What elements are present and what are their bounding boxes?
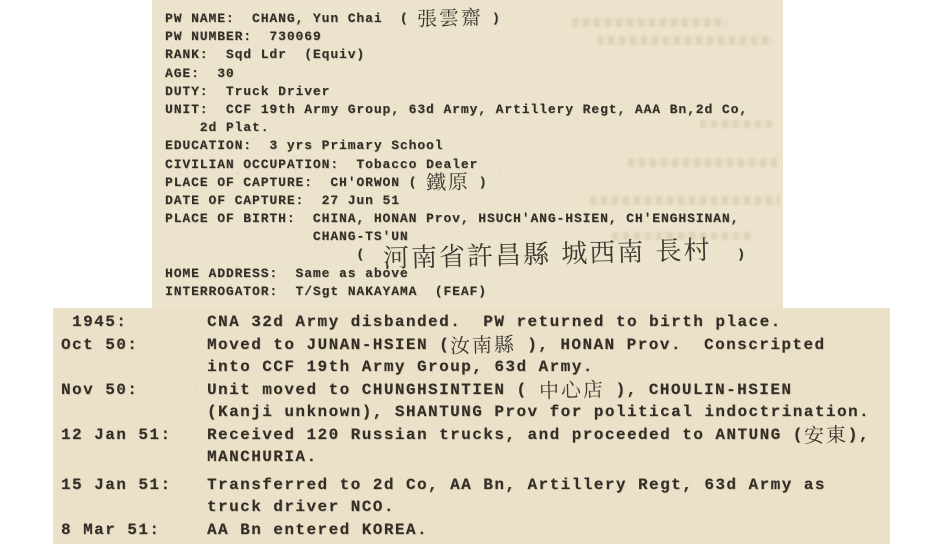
handwritten-hanzi: 張雲齋: [417, 17, 483, 19]
document-line: PLACE OF BIRTH: CHINA, HONAN Prov, HSUCH…: [165, 210, 783, 228]
typed-text: PW NAME: CHANG, Yun Chai (: [165, 11, 417, 26]
bleedthrough-smudge: [628, 158, 778, 167]
typed-text: AA Bn entered KOREA.: [207, 521, 428, 539]
typed-text: EDUCATION: 3 yrs Primary School: [165, 138, 443, 153]
document-line: 2d Plat.: [165, 119, 783, 137]
typed-text: MANCHURIA.: [207, 448, 318, 466]
handwritten-hanzi: 中心店: [539, 389, 605, 391]
typed-text: ): [470, 175, 487, 190]
timeline-text: Moved to JUNAN-HSIEN (汝南縣 ), HONAN Prov.…: [207, 334, 890, 379]
document-line: AGE: 30: [165, 65, 783, 83]
typed-text: Received 120 Russian trucks, and proceed…: [207, 426, 804, 444]
document-line: truck driver NCO.: [207, 496, 890, 519]
timeline-text: AA Bn entered KOREA.: [207, 519, 890, 542]
timeline-text: CNA 32d Army disbanded. PW returned to b…: [207, 311, 890, 334]
timeline-entry: Oct 50:Moved to JUNAN-HSIEN (汝南縣 ), HONA…: [61, 334, 890, 379]
typed-text: into CCF 19th Army Group, 63d Army.: [207, 358, 594, 376]
document-line: into CCF 19th Army Group, 63d Army.: [207, 356, 890, 379]
timeline-rows: 1945:CNA 32d Army disbanded. PW returned…: [61, 311, 890, 541]
typed-text: UNIT: CCF 19th Army Group, 63d Army, Art…: [165, 102, 748, 117]
timeline-date: Nov 50:: [61, 379, 207, 402]
typed-text: CIVILIAN OCCUPATION: Tobacco Dealer: [165, 157, 478, 172]
typed-text: PLACE OF BIRTH: CHINA, HONAN Prov, HSUCH…: [165, 211, 739, 226]
bleedthrough-smudge: [597, 36, 772, 45]
typed-text: PW NUMBER: 730069: [165, 29, 322, 44]
timeline-entry: 1945:CNA 32d Army disbanded. PW returned…: [61, 311, 890, 334]
typed-text: Moved to JUNAN-HSIEN (: [207, 336, 450, 354]
handwritten-hanzi: 安東: [804, 434, 848, 435]
document-line: Moved to JUNAN-HSIEN (汝南縣 ), HONAN Prov.…: [207, 334, 890, 357]
document-line: MANCHURIA.: [207, 446, 890, 469]
typed-text: DUTY: Truck Driver: [165, 84, 330, 99]
timeline-date: 15 Jan 51:: [61, 474, 207, 497]
top-document-fragment: PW NAME: CHANG, Yun Chai ( 張雲齋 )PW NUMBE…: [152, 0, 783, 308]
timeline-entry: 8 Mar 51:AA Bn entered KOREA.: [61, 519, 890, 542]
timeline-text: Received 120 Russian trucks, and proceed…: [207, 424, 890, 469]
timeline-date: 8 Mar 51:: [61, 519, 207, 542]
typed-text: Unit moved to CHUNGHSINTIEN (: [207, 381, 539, 399]
document-line: ( 河南省許昌縣 城西南 長村 ): [165, 246, 783, 264]
typed-text: Transferred to 2d Co, AA Bn, Artillery R…: [207, 476, 826, 494]
timeline-date: 1945:: [61, 311, 207, 334]
document-line: UNIT: CCF 19th Army Group, 63d Army, Art…: [165, 101, 783, 119]
timeline-date: Oct 50:: [61, 334, 207, 357]
bleedthrough-smudge: [590, 196, 780, 205]
document-line: AA Bn entered KOREA.: [207, 519, 890, 542]
bleedthrough-smudge: [612, 232, 752, 240]
bleedthrough-smudge: [700, 120, 772, 128]
typed-text: HOME ADDRESS: Same as above: [165, 266, 409, 281]
typed-text: INTERROGATOR: T/Sgt NAKAYAMA (FEAF): [165, 284, 487, 299]
document-line: Received 120 Russian trucks, and proceed…: [207, 424, 890, 447]
handwritten-hanzi: 河南省許昌縣 城西南 長村: [383, 251, 711, 260]
document-line: DUTY: Truck Driver: [165, 83, 783, 101]
typed-text: (Kanji unknown), SHANTUNG Prov for polit…: [207, 403, 870, 421]
typed-text: CNA 32d Army disbanded. PW returned to b…: [207, 313, 782, 331]
bleedthrough-smudge: [572, 18, 727, 27]
handwritten-hanzi: 鐵原: [426, 181, 470, 182]
typed-text: 2d Plat.: [165, 120, 269, 135]
document-line: PLACE OF CAPTURE: CH'ORWON ( 鐵原 ): [165, 174, 783, 192]
document-line: CNA 32d Army disbanded. PW returned to b…: [207, 311, 890, 334]
typed-text: (: [165, 247, 383, 262]
typed-text: RANK: Sqd Ldr (Equiv): [165, 47, 365, 62]
bottom-document-fragment: 1945:CNA 32d Army disbanded. PW returned…: [53, 308, 890, 544]
document-line: (Kanji unknown), SHANTUNG Prov for polit…: [207, 401, 890, 424]
typed-text: ), CHOULIN-HSIEN: [605, 381, 793, 399]
document-line: INTERROGATOR: T/Sgt NAKAYAMA (FEAF): [165, 283, 783, 301]
typed-text: ): [711, 247, 746, 262]
typed-text: AGE: 30: [165, 66, 235, 81]
handwritten-hanzi: 汝南縣: [450, 344, 516, 346]
timeline-text: Transferred to 2d Co, AA Bn, Artillery R…: [207, 474, 890, 519]
top-field-lines: PW NAME: CHANG, Yun Chai ( 張雲齋 )PW NUMBE…: [165, 10, 783, 301]
document-line: RANK: Sqd Ldr (Equiv): [165, 46, 783, 64]
timeline-date: 12 Jan 51:: [61, 424, 207, 447]
timeline-entry: Nov 50:Unit moved to CHUNGHSINTIEN ( 中心店…: [61, 379, 890, 424]
typed-text: truck driver NCO.: [207, 498, 395, 516]
typed-text: PLACE OF CAPTURE: CH'ORWON (: [165, 175, 426, 190]
timeline-text: Unit moved to CHUNGHSINTIEN ( 中心店 ), CHO…: [207, 379, 890, 424]
typed-text: DATE OF CAPTURE: 27 Jun 51: [165, 193, 400, 208]
document-line: Unit moved to CHUNGHSINTIEN ( 中心店 ), CHO…: [207, 379, 890, 402]
typed-text: CHANG-TS'UN: [165, 229, 409, 244]
typed-text: ): [483, 11, 500, 26]
timeline-entry: 15 Jan 51:Transferred to 2d Co, AA Bn, A…: [61, 474, 890, 519]
document-line: Transferred to 2d Co, AA Bn, Artillery R…: [207, 474, 890, 497]
typed-text: ),: [848, 426, 870, 444]
document-line: EDUCATION: 3 yrs Primary School: [165, 137, 783, 155]
timeline-entry: 12 Jan 51:Received 120 Russian trucks, a…: [61, 424, 890, 469]
typed-text: ), HONAN Prov. Conscripted: [516, 336, 825, 354]
